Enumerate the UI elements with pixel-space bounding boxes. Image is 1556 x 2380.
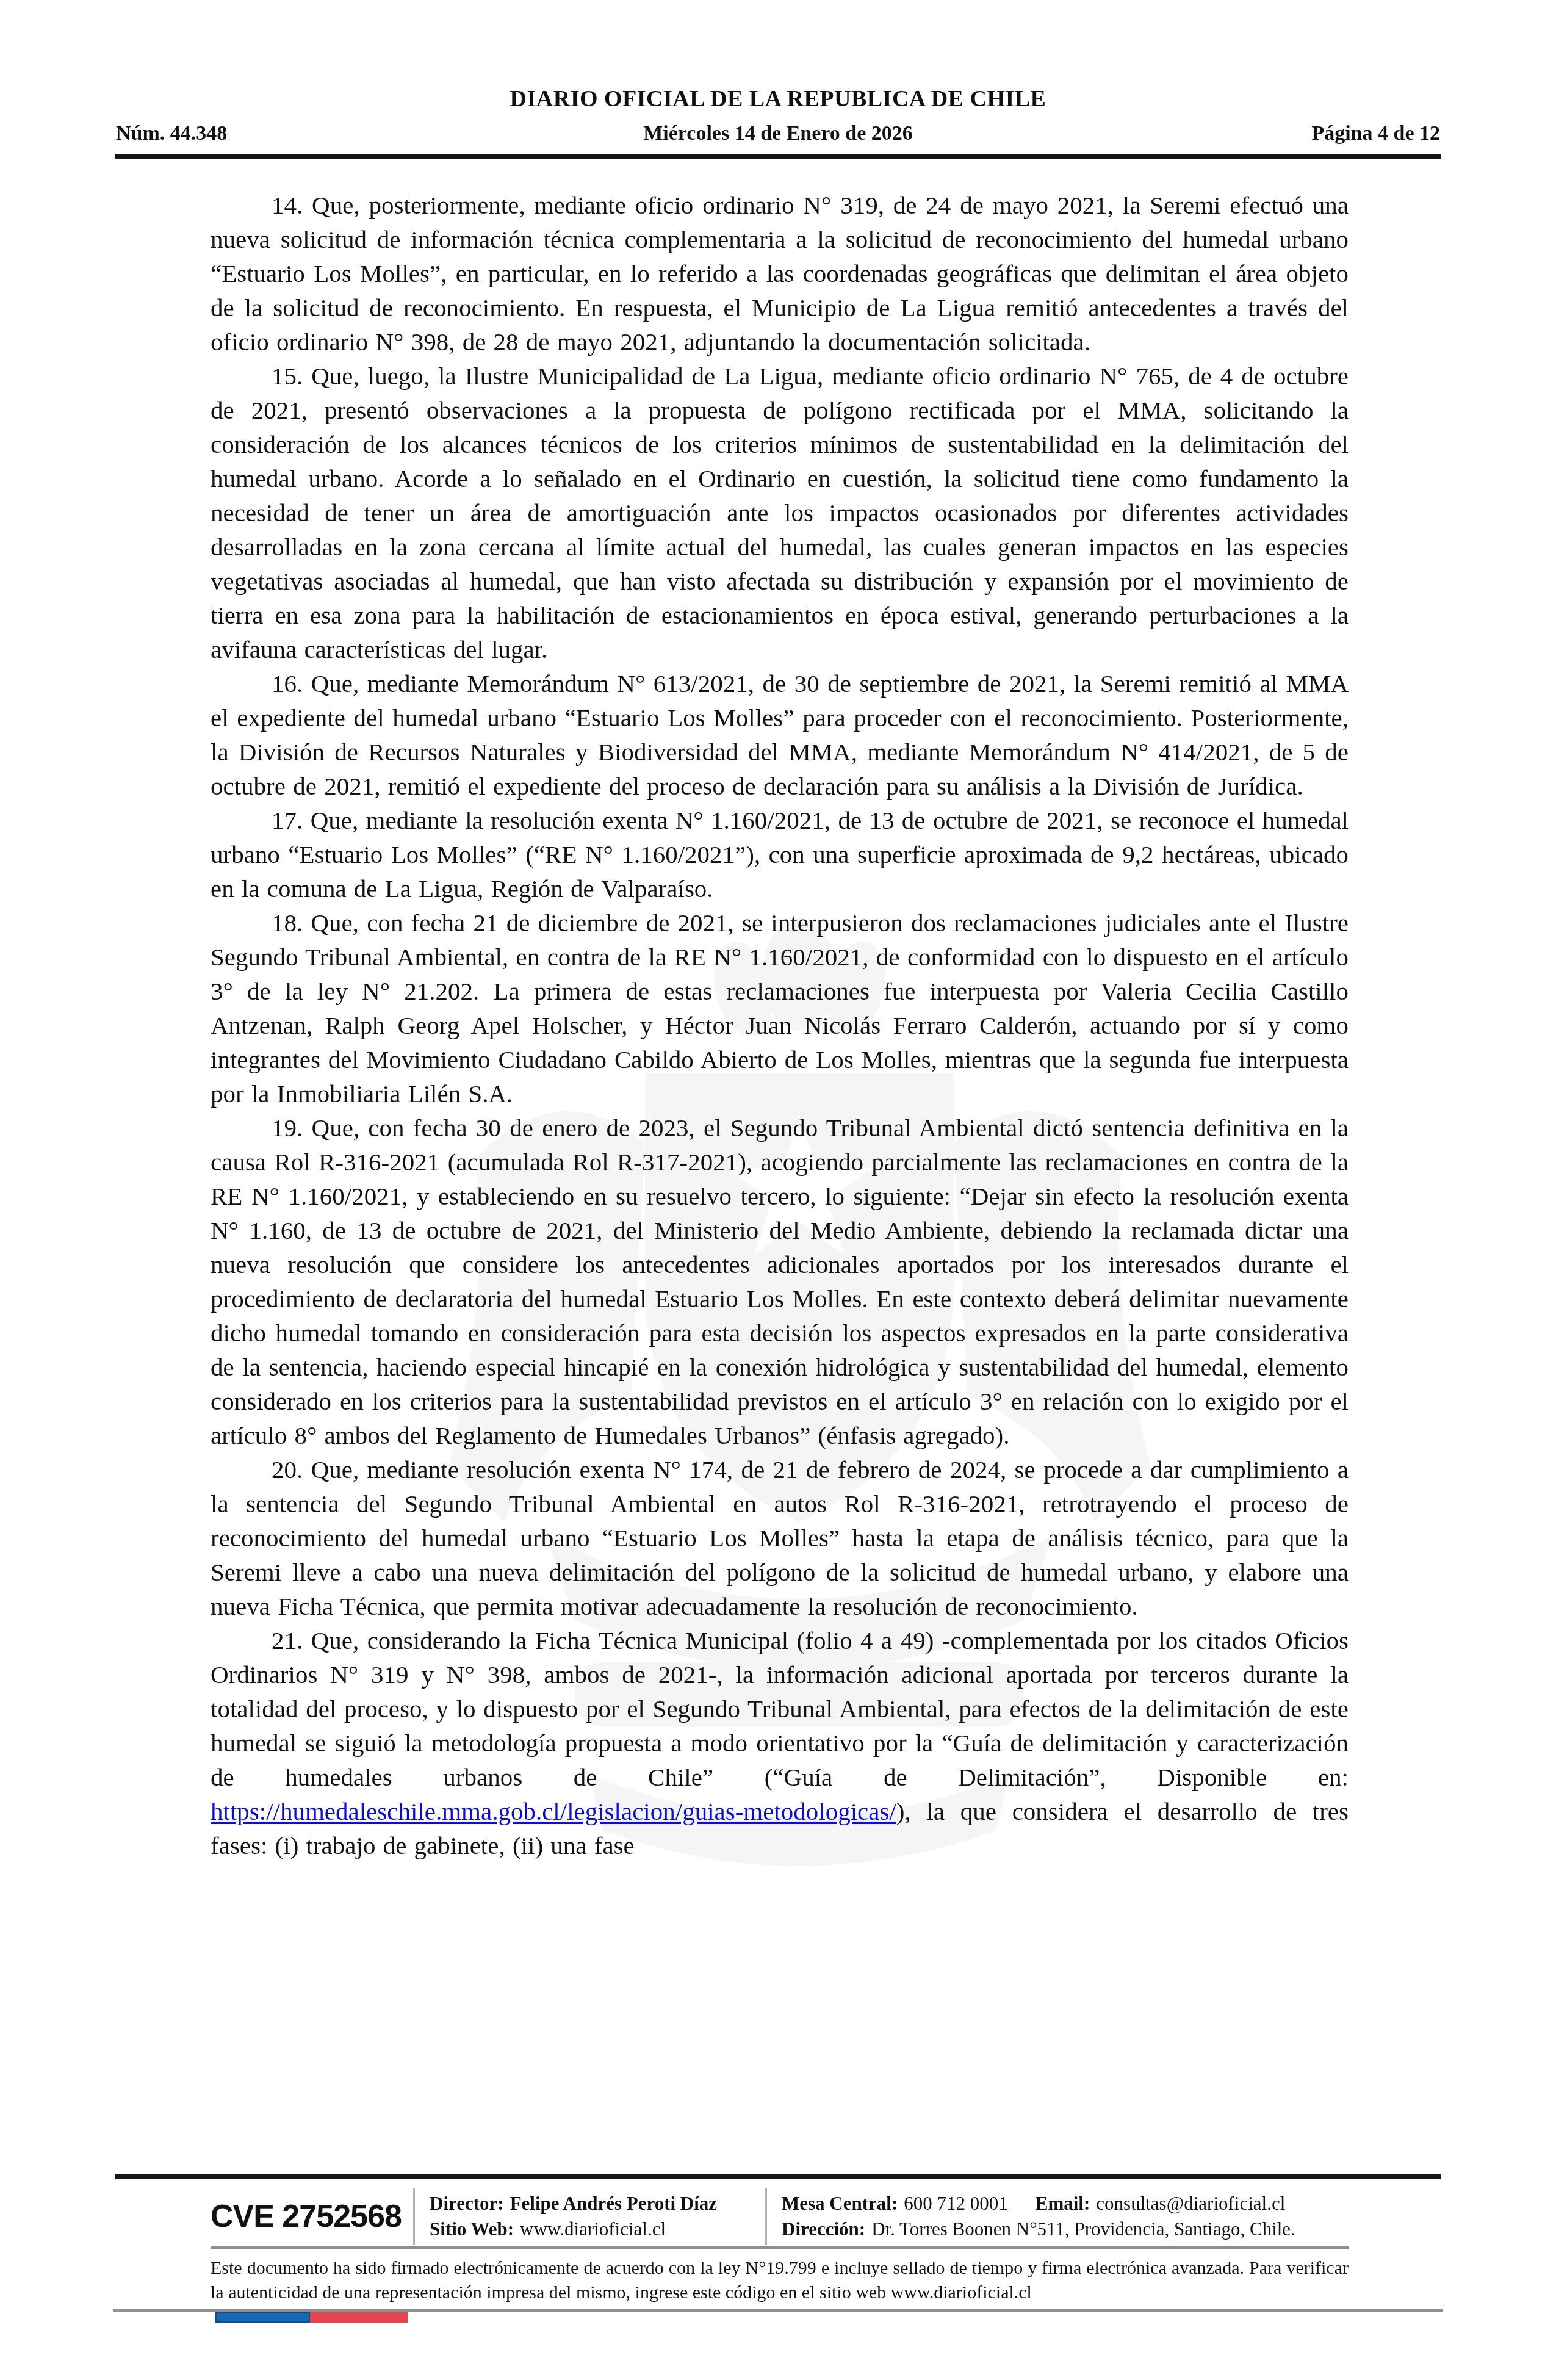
address-row: Dirección:Dr. Torres Boonen N°511, Provi… bbox=[782, 2219, 1349, 2240]
paragraph-18: 18. Que, con fecha 21 de diciembre de 20… bbox=[211, 906, 1349, 1111]
phone-value: 600 712 0001 bbox=[904, 2193, 1008, 2214]
website-row: Sitio Web:www.diarioficial.cl bbox=[430, 2219, 764, 2240]
footer-contact-column: Mesa Central:600 712 0001Email:consultas… bbox=[768, 2193, 1349, 2240]
footer-divider bbox=[413, 2188, 415, 2245]
paragraph-17: 17. Que, mediante la resolución exenta N… bbox=[211, 803, 1349, 906]
website-value: www.diarioficial.cl bbox=[520, 2218, 666, 2240]
paragraph-14: 14. Que, posteriormente, mediante oficio… bbox=[211, 188, 1349, 359]
issue-date: Miércoles 14 de Enero de 2026 bbox=[643, 122, 913, 145]
footer-director-column: Director:Felipe Andrés Peroti Díaz Sitio… bbox=[416, 2193, 764, 2240]
document-body: 14. Que, posteriormente, mediante oficio… bbox=[211, 188, 1349, 1863]
page-title: DIARIO OFICIAL DE LA REPUBLICA DE CHILE bbox=[116, 85, 1440, 112]
phone-email-row: Mesa Central:600 712 0001Email:consultas… bbox=[782, 2193, 1349, 2214]
cve-code: CVE 2752568 bbox=[211, 2198, 412, 2235]
email-value: consultas@diarioficial.cl bbox=[1096, 2193, 1285, 2214]
address-label: Dirección: bbox=[782, 2218, 865, 2240]
director-row: Director:Felipe Andrés Peroti Díaz bbox=[430, 2193, 764, 2214]
paragraph-16: 16. Que, mediante Memorándum N° 613/2021… bbox=[211, 666, 1349, 803]
footer-info-box: CVE 2752568 Director:Felipe Andrés Perot… bbox=[211, 2187, 1349, 2246]
gobierno-logo-blue-bar bbox=[215, 2312, 310, 2323]
document-page: DIARIO OFICIAL DE LA REPUBLICA DE CHILE … bbox=[0, 0, 1556, 2380]
header-rule bbox=[115, 154, 1441, 159]
footer-divider bbox=[765, 2188, 767, 2245]
gobierno-logo-red-bar bbox=[310, 2312, 408, 2323]
page-number: Página 4 de 12 bbox=[913, 122, 1440, 145]
legal-notice: Este documento ha sido firmado electróni… bbox=[211, 2256, 1349, 2305]
header-meta-row: Núm. 44.348 Miércoles 14 de Enero de 202… bbox=[116, 122, 1440, 145]
footer-middle-rule bbox=[211, 2246, 1349, 2249]
issue-number: Núm. 44.348 bbox=[116, 122, 643, 145]
phone-label: Mesa Central: bbox=[782, 2193, 898, 2214]
address-value: Dr. Torres Boonen N°511, Providencia, Sa… bbox=[871, 2218, 1295, 2240]
director-name: Felipe Andrés Peroti Díaz bbox=[510, 2193, 718, 2214]
paragraph-19: 19. Que, con fecha 30 de enero de 2023, … bbox=[211, 1111, 1349, 1452]
paragraph-21-pre-text: 21. Que, considerando la Ficha Técnica M… bbox=[211, 1626, 1349, 1791]
director-label: Director: bbox=[430, 2193, 504, 2214]
footer-top-rule bbox=[115, 2174, 1441, 2179]
paragraph-21: 21. Que, considerando la Ficha Técnica M… bbox=[211, 1623, 1349, 1863]
paragraph-15: 15. Que, luego, la Ilustre Municipalidad… bbox=[211, 359, 1349, 666]
guias-metodologicas-link[interactable]: https://humedaleschile.mma.gob.cl/legisl… bbox=[211, 1797, 896, 1825]
email-label: Email: bbox=[1036, 2193, 1090, 2214]
website-label: Sitio Web: bbox=[430, 2218, 514, 2240]
paragraph-20: 20. Que, mediante resolución exenta N° 1… bbox=[211, 1452, 1349, 1623]
